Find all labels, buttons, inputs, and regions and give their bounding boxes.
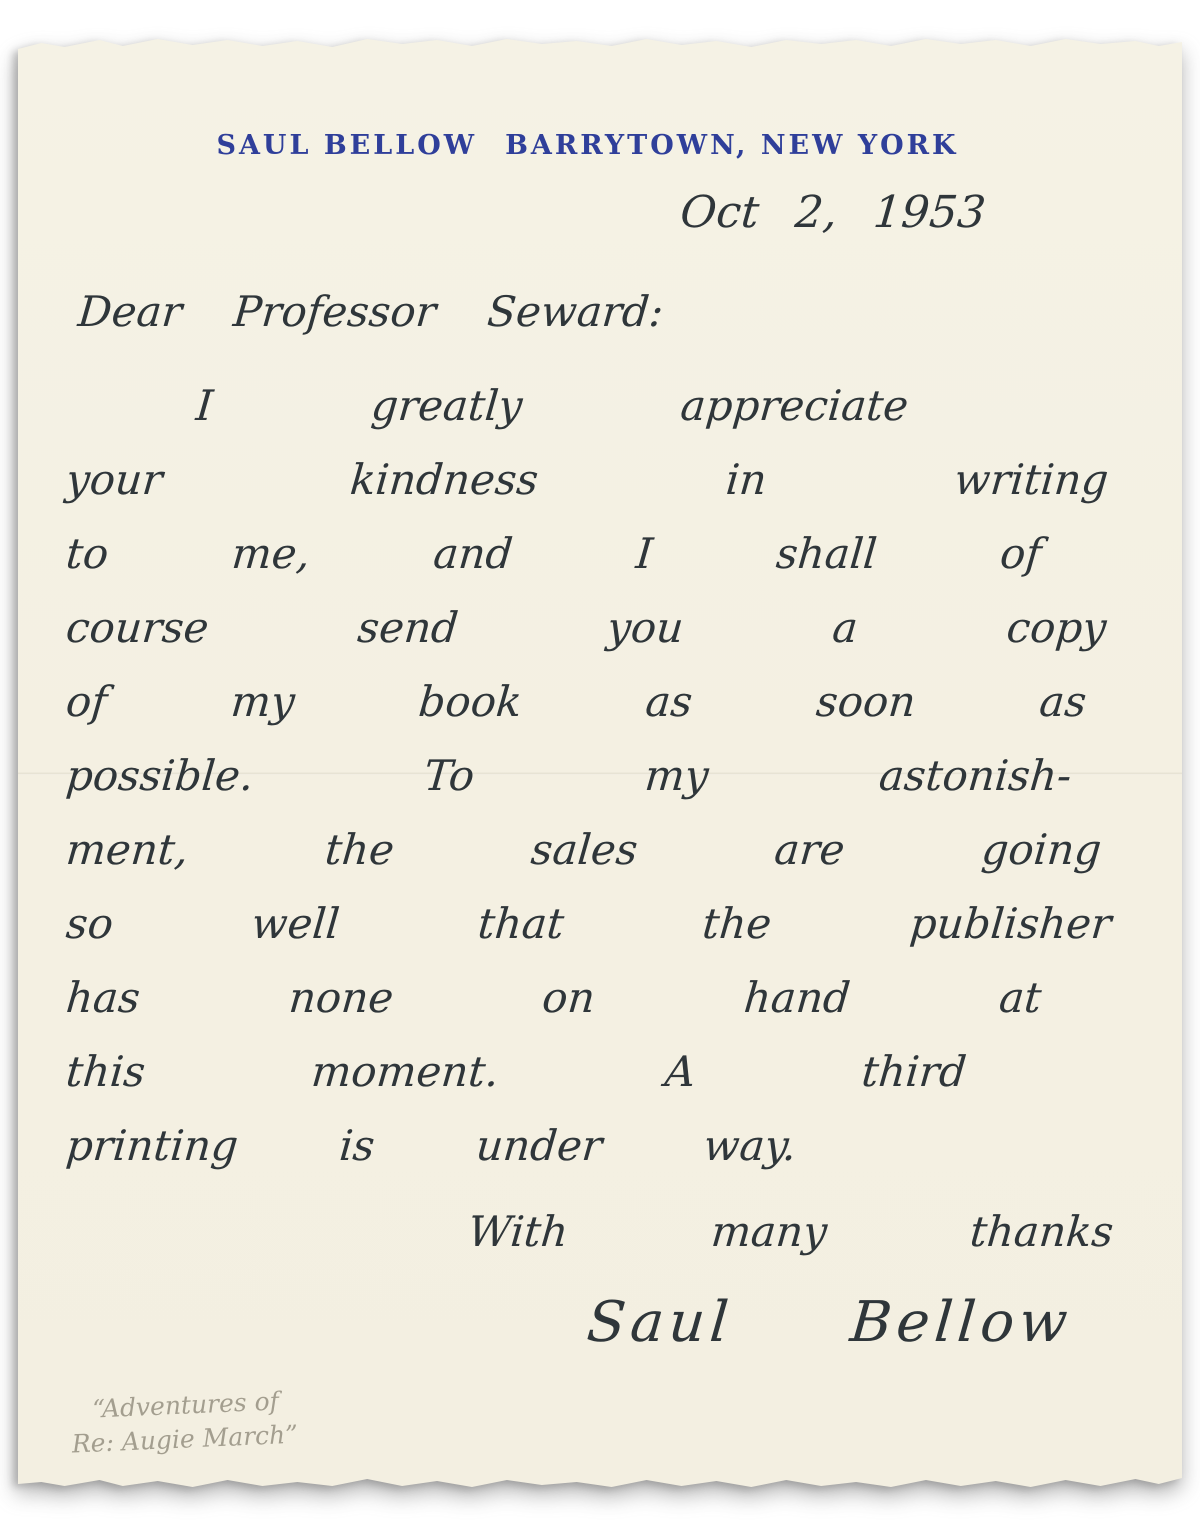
letter-paper-shadow: SAUL BELLOWBARRYTOWN, NEW YORK Oct 2, 19… [18,34,1182,1492]
catalog-annotation: “Adventures of Re: Augie March” [70,1380,373,1461]
body-line: of my book as soon as [63,665,1089,739]
letterhead-location: BARRYTOWN, NEW YORK [505,130,958,161]
body-line: ment, the sales are going [63,813,1104,887]
body-line: this moment. A third [63,1035,969,1109]
body-line: your kindness in writing [63,443,1111,517]
body-line: has none on hand at [63,961,1044,1035]
letterhead: SAUL BELLOWBARRYTOWN, NEW YORK [63,34,1112,161]
body-line: so well that the publisher [63,887,1114,961]
letter-date: Oct 2, 1953 [678,185,988,241]
body-line: course send you a copy [63,591,1109,665]
closing-line: With many thanks [465,1195,1116,1269]
letterhead-name: SAUL BELLOW [216,130,477,161]
body-line: I greatly appreciate [193,369,911,443]
body-line: to me, and I shall of [63,517,1044,591]
body-line: printing is under way. [63,1109,799,1183]
letter-paper: SAUL BELLOWBARRYTOWN, NEW YORK Oct 2, 19… [18,34,1182,1492]
signature: Saul Bellow [583,1275,1076,1371]
salutation-line: Dear Professor Seward: [75,275,666,349]
scan-background: SAUL BELLOWBARRYTOWN, NEW YORK Oct 2, 19… [0,0,1200,1529]
body-line: possible. To my astonish- [63,739,1074,813]
